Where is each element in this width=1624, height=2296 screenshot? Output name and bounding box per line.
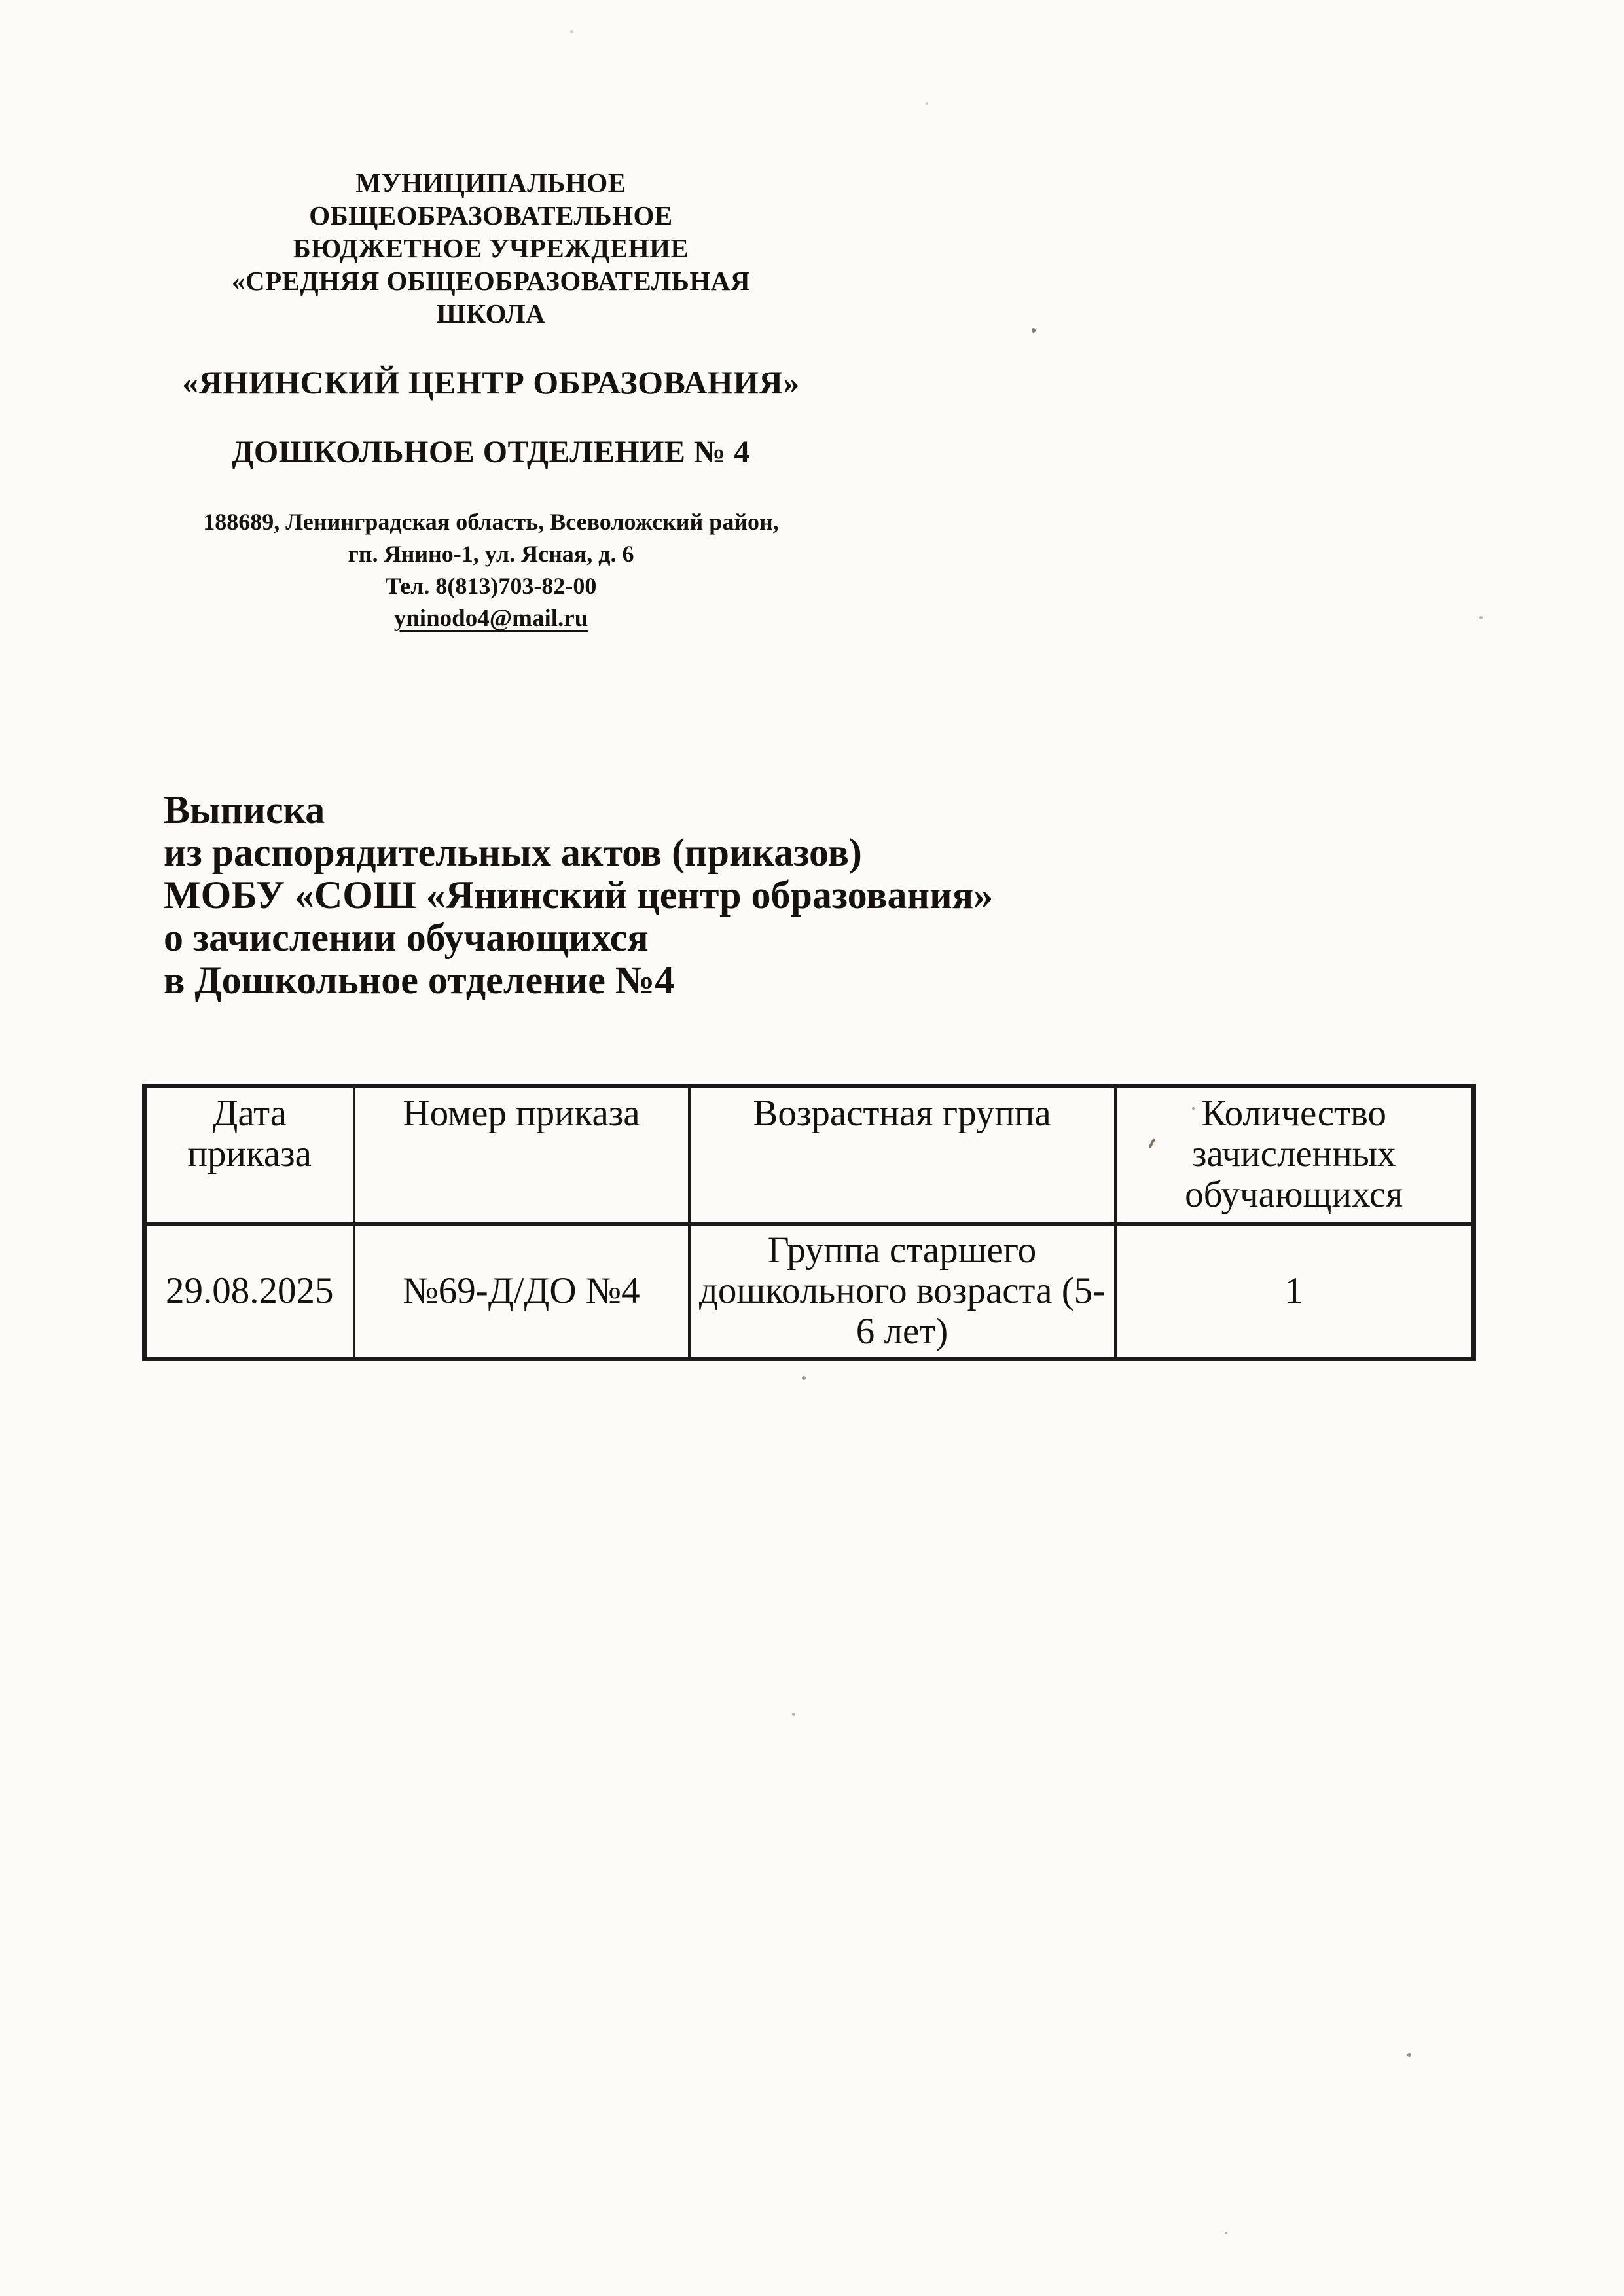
cell-age-group: Группа старшего дошкольного возраста (5-…	[689, 1224, 1115, 1359]
letterhead: МУНИЦИПАЛЬНОЕ ОБЩЕОБРАЗОВАТЕЛЬНОЕ БЮДЖЕТ…	[177, 166, 805, 634]
cell-order-date: 29.08.2025	[145, 1224, 354, 1359]
scan-speck	[1407, 2053, 1411, 2057]
org-name-line: ОБЩЕОБРАЗОВАТЕЛЬНОЕ	[177, 199, 805, 232]
email-line: yninodo4@mail.ru	[177, 602, 805, 634]
title-line: из распорядительных актов (приказов)	[164, 831, 1146, 874]
document-title: Выписка из распорядительных актов (прика…	[164, 789, 1146, 1002]
organization-name-block: МУНИЦИПАЛЬНОЕ ОБЩЕОБРАЗОВАТЕЛЬНОЕ БЮДЖЕТ…	[177, 166, 805, 330]
document-page: МУНИЦИПАЛЬНОЕ ОБЩЕОБРАЗОВАТЕЛЬНОЕ БЮДЖЕТ…	[0, 0, 1624, 2296]
scan-speck	[792, 1713, 795, 1716]
title-line: Выписка	[164, 789, 1146, 831]
scan-speck	[1479, 616, 1483, 619]
scan-speck	[802, 1376, 806, 1380]
table-header-row: Дата приказа Номер приказа Возрастная гр…	[145, 1086, 1474, 1224]
org-name-line: БЮДЖЕТНОЕ УЧРЕЖДЕНИЕ	[177, 232, 805, 264]
cell-order-number: №69-Д/ДО №4	[354, 1224, 689, 1359]
department-name-line: ДОШКОЛЬНОЕ ОТДЕЛЕНИЕ № 4	[177, 435, 805, 470]
scan-speck	[1225, 2232, 1227, 2234]
scan-speck	[926, 102, 928, 105]
scan-speck	[570, 30, 573, 33]
col-header-order-date: Дата приказа	[145, 1086, 354, 1224]
col-header-order-number: Номер приказа	[354, 1086, 689, 1224]
address-line: гп. Янино-1, ул. Ясная, д. 6	[177, 538, 805, 570]
address-line: 188689, Ленинградская область, Всеволожс…	[177, 506, 805, 538]
col-header-age-group: Возрастная группа	[689, 1086, 1115, 1224]
school-name-line: «ЯНИНСКИЙ ЦЕНТР ОБРАЗОВАНИЯ»	[177, 364, 805, 401]
col-header-enrolled-count: Количество зачисленных обучающихся	[1115, 1086, 1474, 1224]
cell-enrolled-count: 1	[1115, 1224, 1474, 1359]
title-line: о зачислении обучающихся	[164, 917, 1146, 959]
org-name-line: «СРЕДНЯЯ ОБЩЕОБРАЗОВАТЕЛЬНАЯ	[177, 264, 805, 297]
address-block: 188689, Ленинградская область, Всеволожс…	[177, 506, 805, 634]
enrollment-table: Дата приказа Номер приказа Возрастная гр…	[142, 1084, 1476, 1361]
title-line: МОБУ «СОШ «Янинский центр образования»	[164, 874, 1146, 917]
table-data-row: 29.08.2025 №69-Д/ДО №4 Группа старшего д…	[145, 1224, 1474, 1359]
phone-line: Тел. 8(813)703-82-00	[177, 570, 805, 602]
scan-speck	[1192, 1107, 1195, 1110]
scan-speck	[1032, 328, 1036, 333]
email-link: yninodo4@mail.ru	[394, 605, 588, 632]
title-line: в Дошкольное отделение №4	[164, 959, 1146, 1002]
org-name-line: ШКОЛА	[177, 297, 805, 330]
org-name-line: МУНИЦИПАЛЬНОЕ	[177, 166, 805, 199]
